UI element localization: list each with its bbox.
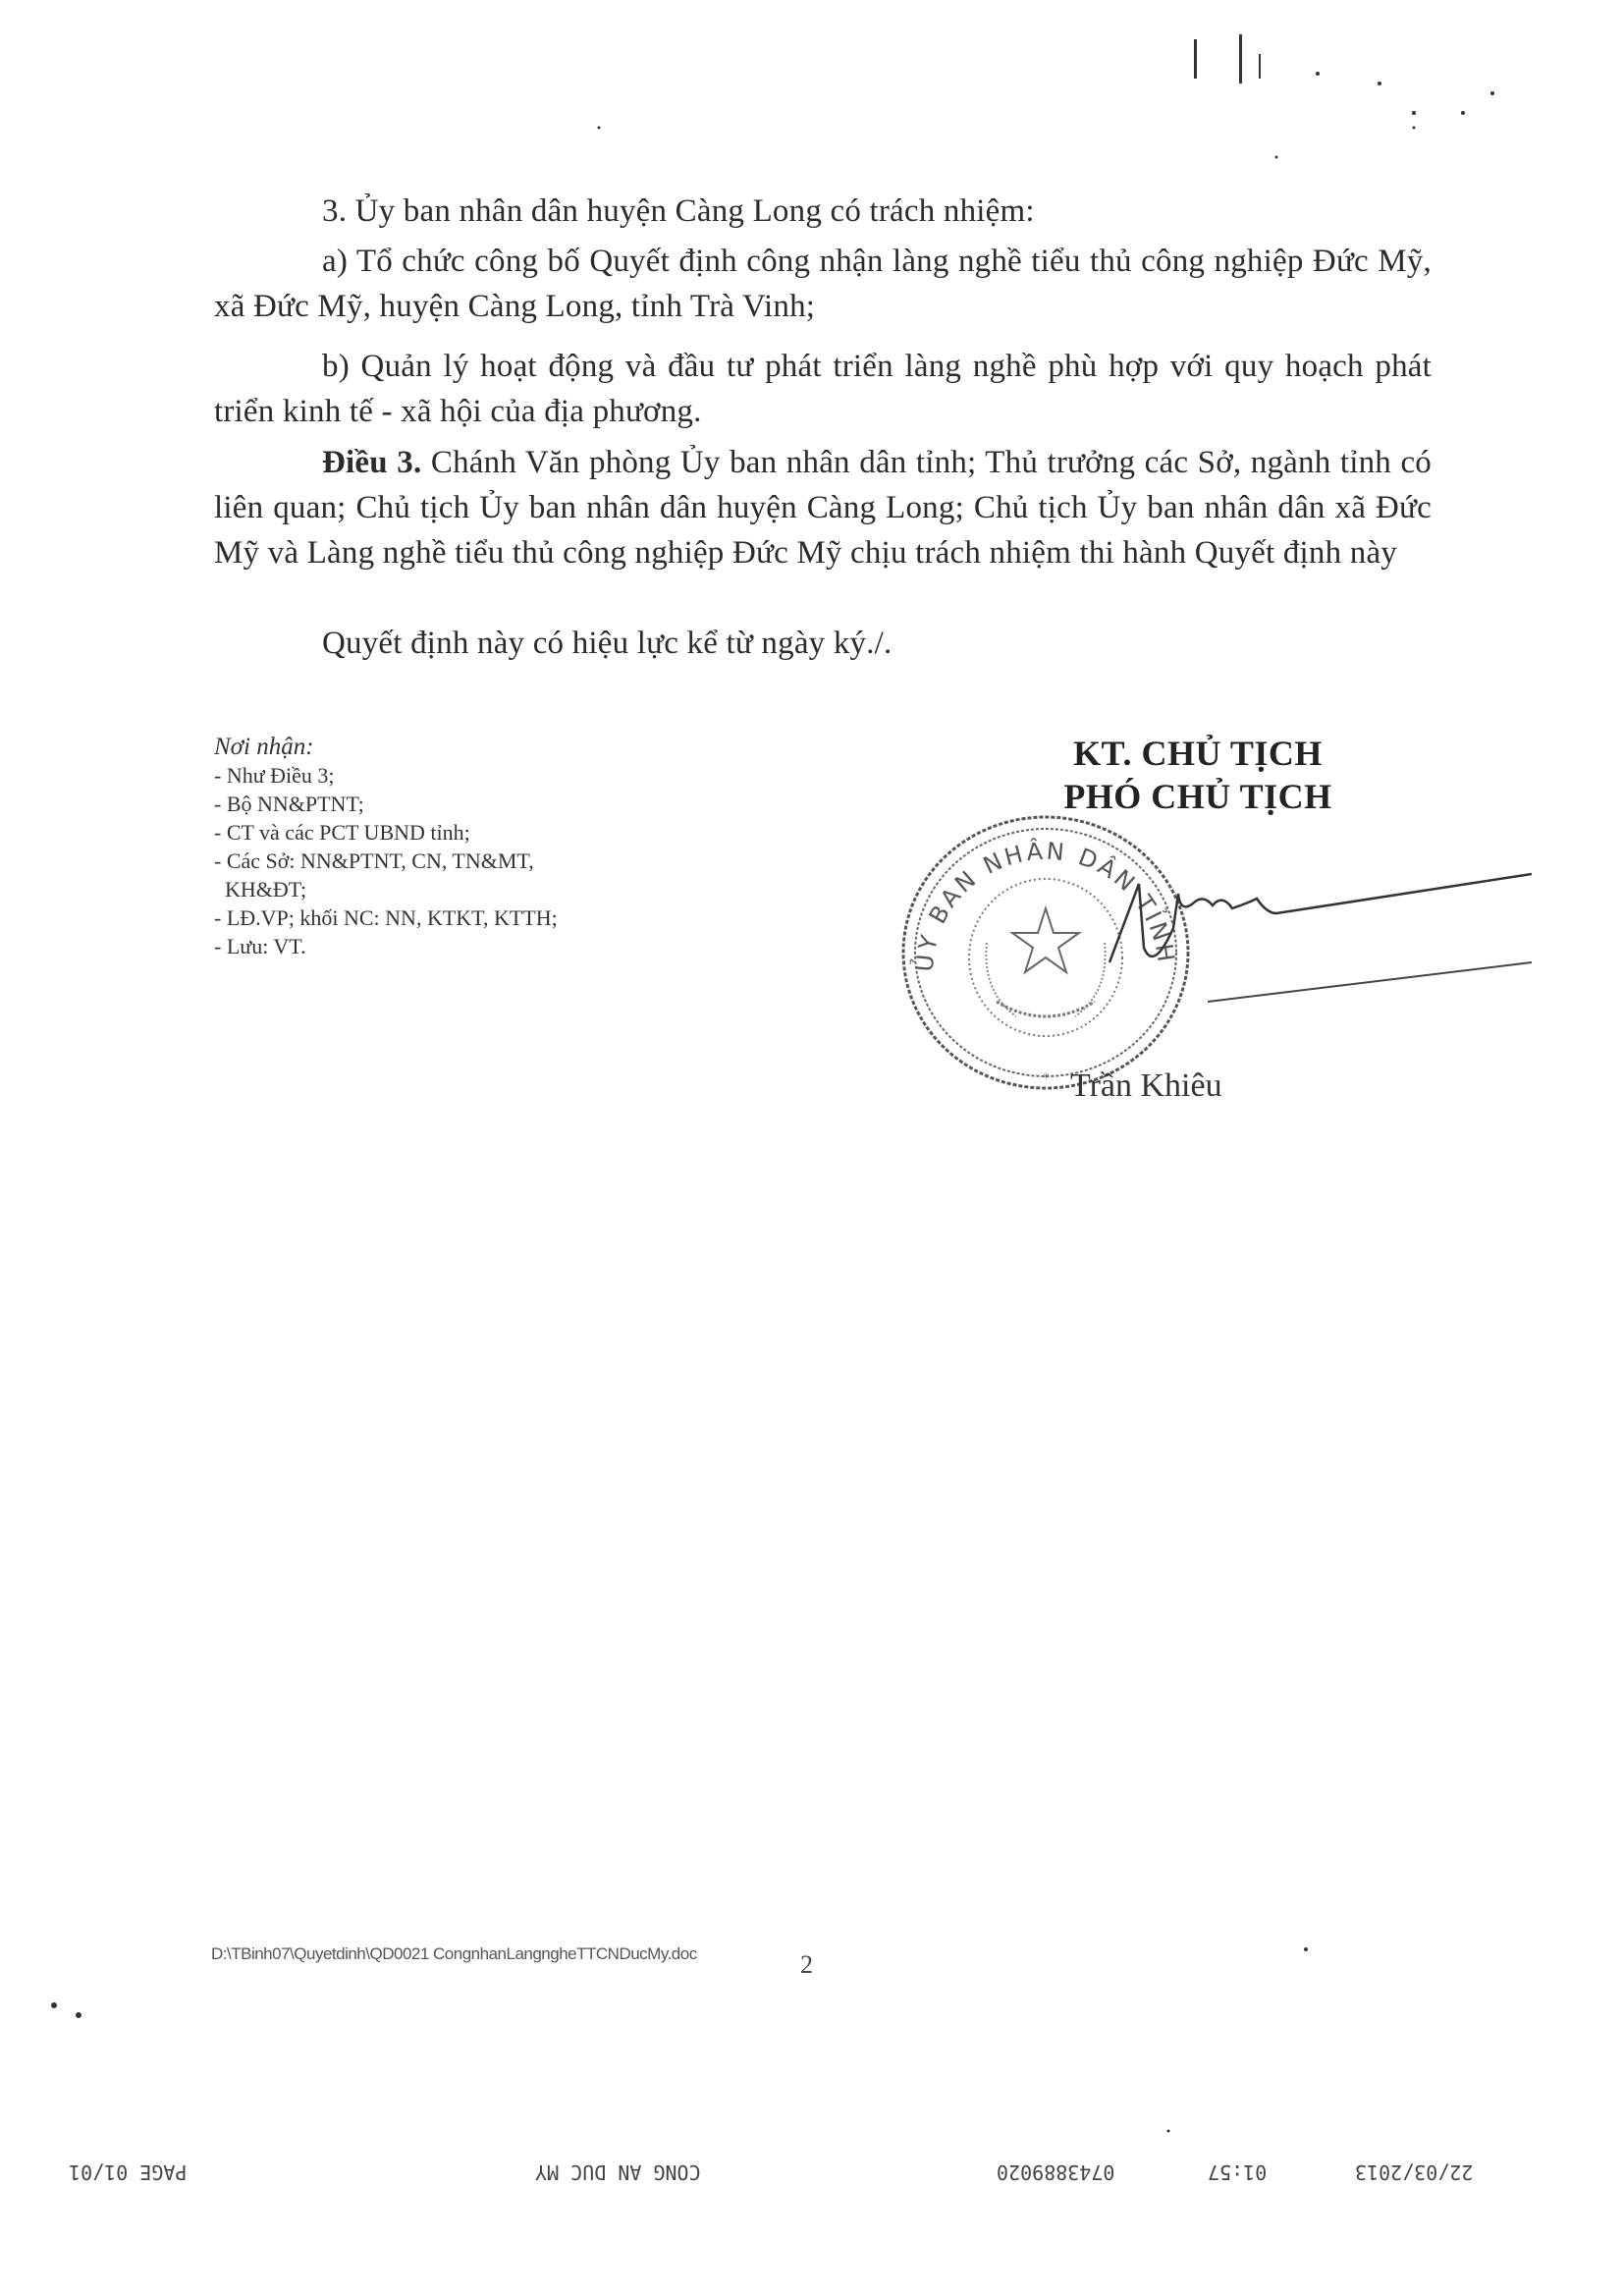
recipient-item: - Các Sở: NN&PTNT, CN, TN&MT, — [214, 847, 558, 875]
signer-name: Trần Khiêu — [1070, 1067, 1222, 1105]
recipient-item: - Lưu: VT. — [214, 932, 558, 960]
recipient-item: - Bộ NN&PTNT; — [214, 790, 558, 818]
page-number: 2 — [800, 1950, 813, 1980]
item3-heading: 3. Ủy ban nhân dân huyện Càng Long có tr… — [214, 189, 1432, 234]
fax-header: 22/03/2013 01:57 0743889020 CONG AN DUC … — [0, 2160, 1623, 2190]
recipients-list: Nơi nhận: - Như Điều 3; - Bộ NN&PTNT; - … — [214, 733, 558, 960]
file-path: D:\TBinh07\Quyetdinh\QD0021 CongnhanLang… — [211, 1944, 697, 1964]
recipient-item: - CT và các PCT UBND tỉnh; — [214, 818, 558, 847]
item3-a: a) Tổ chức công bố Quyết định công nhận … — [214, 239, 1432, 329]
fax-page: PAGE 01/01 — [69, 2160, 187, 2184]
effective-clause: Quyết định này có hiệu lực kể từ ngày ký… — [214, 621, 1432, 666]
fax-sender: CONG AN DUC MY — [535, 2160, 701, 2184]
recipient-item: - LĐ.VP; khối NC: NN, KTKT, KTTH; — [214, 903, 558, 932]
item3-b: b) Quản lý hoạt động và đầu tư phát triể… — [214, 344, 1432, 434]
document-page: 3. Ủy ban nhân dân huyện Càng Long có tr… — [0, 0, 1623, 2296]
handwritten-signature-icon — [1100, 854, 1542, 1031]
recipient-item: KH&ĐT; — [214, 875, 558, 903]
article-3-label: Điều 3. — [322, 445, 421, 480]
fax-time: 01:57 — [1208, 2160, 1267, 2184]
recipients-title: Nơi nhận: — [214, 733, 558, 761]
article-3: Điều 3. Chánh Văn phòng Ủy ban nhân dân … — [214, 440, 1432, 575]
svg-text:*: * — [1043, 1071, 1050, 1086]
signer-role-line1: KT. CHỦ TỊCH — [992, 733, 1404, 774]
recipient-item: - Như Điều 3; — [214, 761, 558, 790]
fax-phone: 0743889020 — [997, 2160, 1114, 2184]
fax-date: 22/03/2013 — [1355, 2160, 1473, 2184]
